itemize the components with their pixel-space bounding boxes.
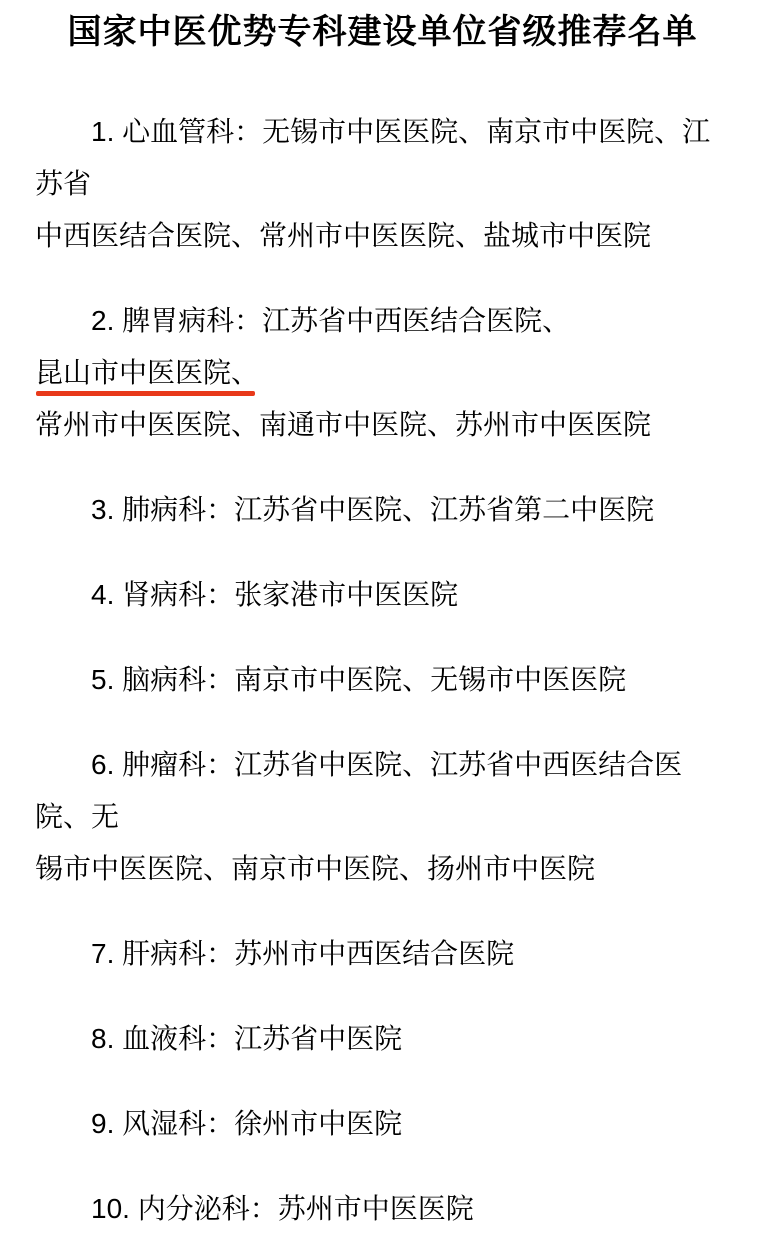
text-segment: 2. 脾胃病科：江苏省中西医结合医院、: [91, 305, 570, 336]
text-line: 中西医结合医院、常州市中医医院、盐城市中医院: [35, 210, 730, 262]
text-line: 7. 肝病科：苏州市中西医结合医院: [35, 928, 730, 980]
text-line: 4. 肾病科：张家港市中医医院: [35, 569, 730, 621]
text-line: 常州市中医医院、南通市中医院、苏州市中医医院: [35, 399, 730, 451]
text-segment: 5. 脑病科：南京市中医院、无锡市中医医院: [91, 664, 626, 695]
text-segment: 3. 肺病科：江苏省中医院、江苏省第二中医院: [91, 494, 654, 525]
text-segment: 中西医结合医院、常州市中医医院、盐城市中医院: [35, 220, 651, 251]
text-segment: 10. 内分泌科：苏州市中医医院: [91, 1193, 474, 1224]
text-line: 锡市中医医院、南京市中医院、扬州市中医院: [35, 843, 730, 895]
text-segment: 4. 肾病科：张家港市中医医院: [91, 579, 458, 610]
list-item-8-血液科: 8. 血液科：江苏省中医院: [35, 1013, 730, 1065]
text-segment: 6. 肿瘤科：江苏省中医院、江苏省中西医结合医院、无: [35, 749, 682, 832]
text-line: 3. 肺病科：江苏省中医院、江苏省第二中医院: [35, 484, 730, 536]
text-segment: 常州市中医医院、南通市中医院、苏州市中医医院: [35, 409, 651, 440]
page-title: 国家中医优势专科建设单位省级推荐名单: [35, 8, 730, 56]
text-line: 2. 脾胃病科：江苏省中西医结合医院、昆山市中医医院、: [35, 295, 730, 399]
text-line: 6. 肿瘤科：江苏省中医院、江苏省中西医结合医院、无: [35, 739, 730, 843]
text-line: 8. 血液科：江苏省中医院: [35, 1013, 730, 1065]
text-segment: 1. 心血管科：无锡市中医医院、南京市中医院、江苏省: [35, 116, 710, 199]
list-item-3-肺病科: 3. 肺病科：江苏省中医院、江苏省第二中医院: [35, 484, 730, 536]
text-segment: 锡市中医医院、南京市中医院、扬州市中医院: [35, 853, 595, 884]
specialty-list: 1. 心血管科：无锡市中医医院、南京市中医院、江苏省中西医结合医院、常州市中医医…: [35, 106, 730, 1235]
list-item-9-风湿科: 9. 风湿科：徐州市中医院: [35, 1098, 730, 1150]
text-segment: 7. 肝病科：苏州市中西医结合医院: [91, 938, 514, 969]
list-item-6-肿瘤科: 6. 肿瘤科：江苏省中医院、江苏省中西医结合医院、无锡市中医医院、南京市中医院、…: [35, 739, 730, 895]
list-item-10-内分泌科: 10. 内分泌科：苏州市中医医院: [35, 1183, 730, 1235]
list-item-4-肾病科: 4. 肾病科：张家港市中医医院: [35, 569, 730, 621]
list-item-7-肝病科: 7. 肝病科：苏州市中西医结合医院: [35, 928, 730, 980]
red-underlined-text: 昆山市中医医院、: [35, 357, 259, 388]
list-item-5-脑病科: 5. 脑病科：南京市中医院、无锡市中医医院: [35, 654, 730, 706]
text-line: 5. 脑病科：南京市中医院、无锡市中医医院: [35, 654, 730, 706]
text-line: 10. 内分泌科：苏州市中医医院: [35, 1183, 730, 1235]
text-segment: 8. 血液科：江苏省中医院: [91, 1023, 402, 1054]
text-segment: 9. 风湿科：徐州市中医院: [91, 1108, 402, 1139]
document-page: 国家中医优势专科建设单位省级推荐名单 1. 心血管科：无锡市中医医院、南京市中医…: [35, 8, 730, 1235]
list-item-2-脾胃病科: 2. 脾胃病科：江苏省中西医结合医院、昆山市中医医院、常州市中医医院、南通市中医…: [35, 295, 730, 451]
text-line: 9. 风湿科：徐州市中医院: [35, 1098, 730, 1150]
list-item-1-心血管科: 1. 心血管科：无锡市中医医院、南京市中医院、江苏省中西医结合医院、常州市中医医…: [35, 106, 730, 262]
text-line: 1. 心血管科：无锡市中医医院、南京市中医院、江苏省: [35, 106, 730, 210]
